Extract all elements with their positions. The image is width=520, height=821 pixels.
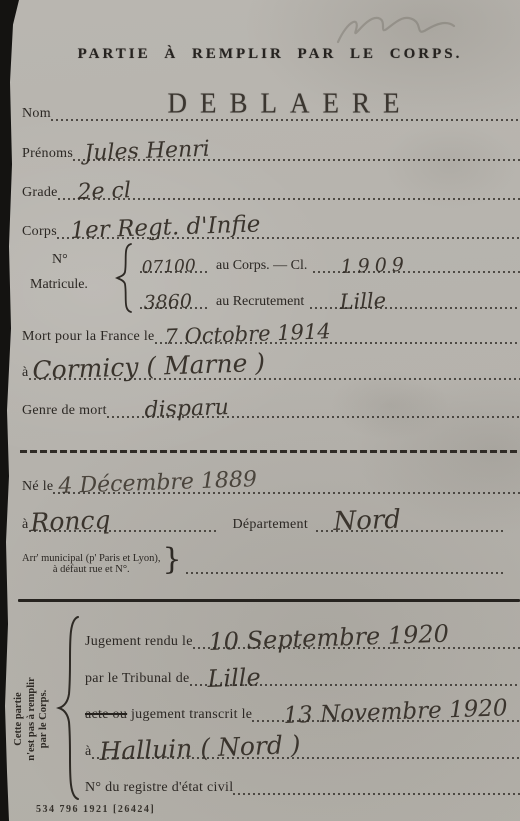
registre-label: N° du registre d'état civil — [85, 780, 233, 796]
side-note-line2: n'est pas à remplir — [26, 639, 39, 799]
arr-municipal-label: Arr' municipal (p' Paris et Lyon), à déf… — [22, 553, 161, 575]
mort-label: Mort pour la France le — [22, 329, 155, 345]
arr-municipal-label-line2: à défaut rue et N°. — [22, 564, 161, 575]
ne-le-value: 4 Décembre 1889 — [59, 467, 258, 499]
grade-line: 2e cl — [58, 175, 520, 201]
matricule-recrutement-value: 3860 — [143, 290, 192, 314]
field-transcrit-lieu: à Halluin ( Nord ) — [85, 734, 520, 760]
transcrit-line: 13 Novembre 1920 — [252, 697, 520, 723]
jugement-brace-path — [59, 617, 78, 799]
corps-value: 1er Regt. d'Infie — [70, 211, 261, 244]
mort-line: 7 Octobre 1914 — [155, 319, 520, 345]
jugement-rendu-value: 10 Septembre 1920 — [208, 620, 449, 656]
matricule-corps-value: 07100 — [141, 256, 196, 278]
mort-value: 7 Octobre 1914 — [164, 319, 331, 349]
field-genre-mort: Genre de mort disparu — [22, 393, 520, 419]
transcrit-lieu-line: Halluin ( Nord ) — [92, 734, 520, 760]
pencil-scribble — [330, 6, 460, 51]
jugement-brace-icon — [56, 614, 82, 802]
genre-mort-line: disparu — [107, 393, 520, 419]
field-corps: Corps 1er Regt. d'Infie — [22, 214, 520, 240]
ne-a-line: Roncq — [29, 507, 219, 533]
corps-line: 1er Regt. d'Infie — [57, 214, 520, 240]
field-ne-le: Né le 4 Décembre 1889 — [22, 469, 520, 495]
section-divider-solid — [18, 599, 520, 602]
matricule-brace-path — [117, 244, 131, 312]
ne-le-line: 4 Décembre 1889 — [53, 469, 520, 495]
matricule-classe-value: 1909 — [341, 254, 410, 278]
nom-value-stamped: DEBLAERE — [150, 87, 430, 120]
genre-mort-label: Genre de mort — [22, 403, 107, 419]
field-registre: N° du registre d'état civil — [85, 770, 520, 796]
transcrit-label-rest: jugement transcrit le — [131, 707, 252, 722]
prenoms-line: Jules Henri — [73, 136, 520, 162]
matricule-corps-label: au Corps. — Cl. — [210, 258, 313, 274]
field-matricule: N° Matricule. 07100 au Corps. — Cl. 1909… — [22, 244, 520, 314]
matricule-brace-icon — [114, 242, 134, 314]
military-death-record-card: PARTIE À REMPLIR PAR LE CORPS. Nom DEBLA… — [0, 0, 520, 821]
side-note-not-to-fill: Cette partie n'est pas à remplir par le … — [13, 639, 51, 799]
jugement-rendu-line: 10 Septembre 1920 — [193, 624, 520, 650]
field-grade: Grade 2e cl — [22, 175, 520, 201]
side-note-line1: Cette partie — [13, 639, 26, 799]
arr-municipal-brace-icon: } — [161, 547, 186, 575]
prenoms-value: Jules Henri — [84, 137, 210, 166]
field-jugement-rendu: Jugement rendu le 10 Septembre 1920 — [85, 624, 520, 650]
print-reference: 534 796 1921 [26424] — [36, 804, 155, 815]
arr-municipal-label-line1: Arr' municipal (p' Paris et Lyon), — [22, 553, 161, 564]
transcrit-struck-words: acte ou — [85, 707, 127, 722]
arr-municipal-line — [186, 545, 506, 575]
matricule-classe-line: 1909 — [313, 248, 520, 274]
matricule-corps-line: 07100 — [140, 248, 210, 274]
field-prenoms: Prénoms Jules Henri — [22, 136, 520, 162]
matricule-label-no: N° — [52, 252, 68, 268]
nom-label: Nom — [22, 106, 51, 122]
ne-a-value: Roncq — [30, 505, 111, 537]
pencil-scribble-path — [338, 18, 454, 42]
matricule-recrutement-label: au Recrutement — [210, 294, 310, 310]
field-transcrit: acte ou jugement transcrit le 13 Novembr… — [85, 697, 520, 723]
matricule-label-matricule: Matricule. — [30, 277, 88, 293]
field-tribunal: par le Tribunal de Lille — [85, 661, 520, 687]
corps-label: Corps — [22, 224, 57, 240]
tribunal-value: Lille — [207, 663, 261, 693]
ne-le-label: Né le — [22, 479, 53, 495]
genre-mort-value: disparu — [144, 395, 229, 423]
side-note-line3: par le Corps. — [38, 639, 51, 799]
section-divider-dashed — [20, 450, 520, 453]
transcrit-value: 13 Novembre 1920 — [283, 695, 508, 729]
jugement-rendu-label: Jugement rendu le — [85, 634, 193, 650]
grade-value: 2e cl — [77, 178, 131, 205]
departement-value: Nord — [333, 505, 401, 537]
mort-lieu-line: Cormicy ( Marne ) — [29, 355, 520, 381]
grade-label: Grade — [22, 185, 58, 201]
form-heading: PARTIE À REMPLIR PAR LE CORPS. — [30, 46, 510, 63]
tribunal-label: par le Tribunal de — [85, 671, 190, 687]
matricule-corps-row: 07100 au Corps. — Cl. 1909 — [140, 248, 520, 274]
departement-label: Département — [218, 517, 316, 533]
tribunal-line: Lille — [190, 661, 520, 687]
prenoms-label: Prénoms — [22, 146, 73, 162]
mort-lieu-value: Cormicy ( Marne ) — [32, 348, 266, 385]
field-arr-municipal: Arr' municipal (p' Paris et Lyon), à déf… — [22, 545, 506, 575]
transcrit-lieu-value: Halluin ( Nord ) — [99, 730, 301, 766]
matricule-recrutement-place: Lille — [339, 288, 386, 314]
field-mort: Mort pour la France le 7 Octobre 1914 — [22, 319, 520, 345]
matricule-recrutement-line: 3860 — [140, 284, 210, 310]
matricule-recrutement-row: 3860 au Recrutement Lille — [140, 284, 520, 310]
registre-line — [233, 770, 520, 796]
transcrit-label: acte ou jugement transcrit le — [85, 707, 252, 723]
field-mort-lieu: à Cormicy ( Marne ) — [22, 355, 520, 381]
matricule-recrutement-place-line: Lille — [310, 284, 520, 310]
departement-line: Nord — [316, 507, 506, 533]
field-naissance: à Roncq Département Nord — [22, 507, 506, 533]
